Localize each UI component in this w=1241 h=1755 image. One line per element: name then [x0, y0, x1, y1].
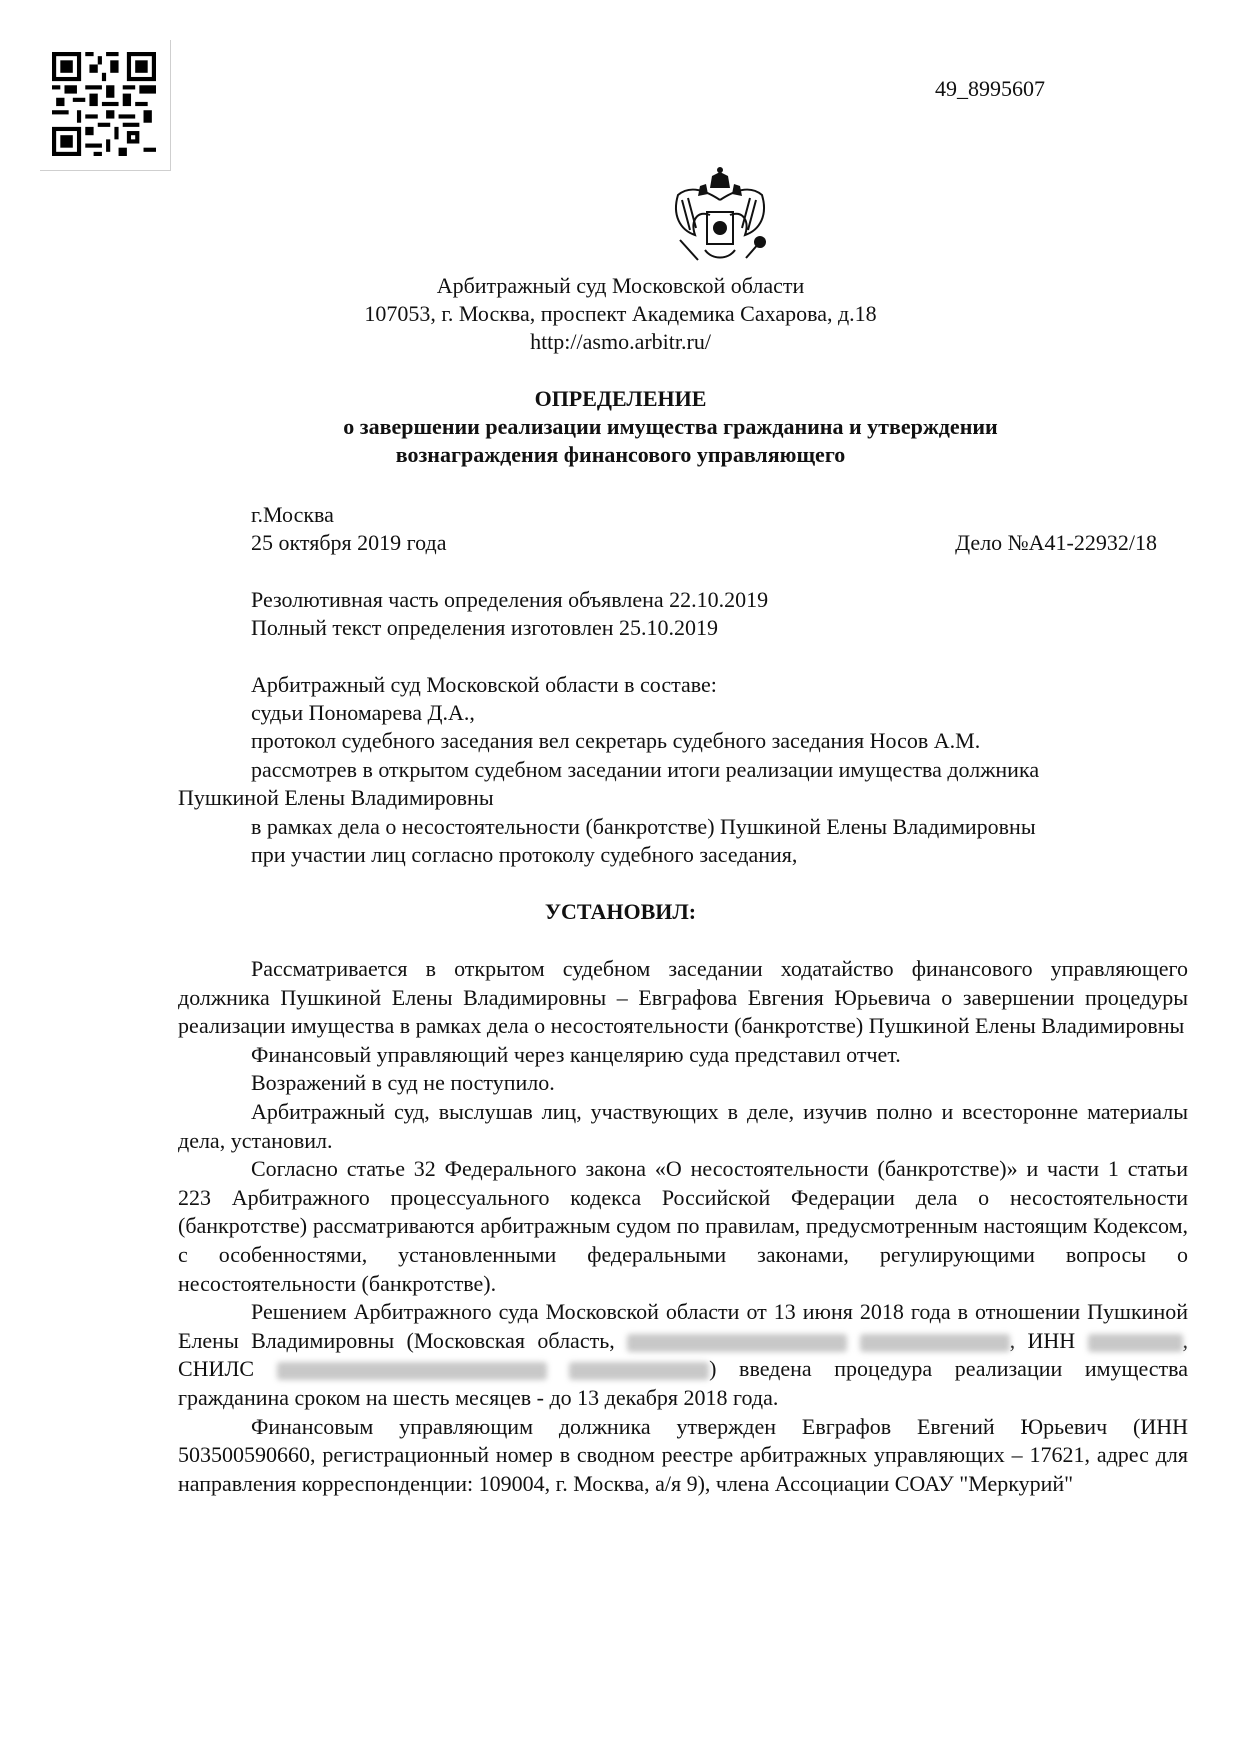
city: г.Москва — [251, 501, 334, 529]
resolution-announced: Резолютивная часть определения объявлена… — [251, 586, 768, 614]
russian-coat-of-arms-icon — [660, 160, 780, 275]
inn-label: , ИНН — [1010, 1328, 1076, 1353]
considering-line: рассмотрев в открытом судебном заседании… — [251, 756, 1039, 784]
redacted-address — [627, 1334, 847, 1352]
secretary-line: протокол судебного заседания вел секрета… — [251, 727, 980, 755]
court-name: Арбитражный суд Московской области — [0, 272, 1241, 300]
established-heading: УСТАНОВИЛ: — [0, 898, 1241, 926]
court-address: 107053, г. Москва, проспект Академика Са… — [0, 300, 1241, 328]
document-id: 49_8995607 — [935, 76, 1045, 102]
court-website: http://asmo.arbitr.ru/ — [0, 328, 1241, 356]
qr-code — [40, 40, 171, 171]
debtor-name-line: Пушкиной Елены Владимировны — [178, 784, 494, 812]
judge-line: судьи Пономарева Д.А., — [251, 699, 475, 727]
redacted-inn — [1088, 1334, 1183, 1352]
document-title: ОПРЕДЕЛЕНИЕ — [0, 385, 1241, 413]
composition-line: Арбитражный суд Московской области в сос… — [251, 671, 717, 699]
body-paragraph: Решением Арбитражного суда Московской об… — [178, 1298, 1188, 1412]
body-paragraph: Финансовым управляющим должника утвержде… — [178, 1413, 1188, 1499]
body-paragraph: Возражений в суд не поступило. — [178, 1069, 1188, 1098]
court-header: Арбитражный суд Московской области 10705… — [0, 272, 1241, 356]
body-paragraph: Согласно статье 32 Федерального закона «… — [178, 1155, 1188, 1298]
body-text: Рассматривается в открытом судебном засе… — [178, 955, 1188, 1498]
full-text-made: Полный текст определения изготовлен 25.1… — [251, 614, 718, 642]
qr-code-icon — [52, 52, 156, 156]
redacted-birth — [569, 1362, 709, 1380]
body-paragraph: Финансовый управляющий через канцелярию … — [178, 1041, 1188, 1070]
body-paragraph: Арбитражный суд, выслушав лиц, участвующ… — [178, 1098, 1188, 1155]
document-subtitle-line2: вознаграждения финансового управляющего — [0, 441, 1241, 469]
case-number: Дело №А41-22932/18 — [955, 529, 1157, 557]
redacted-address — [860, 1334, 1010, 1352]
participants-line: при участии лиц согласно протоколу судеб… — [251, 841, 797, 869]
document-subtitle-line1: о завершении реализации имущества гражда… — [50, 413, 1241, 441]
redacted-snils — [277, 1362, 547, 1380]
body-paragraph: Рассматривается в открытом судебном засе… — [178, 955, 1188, 1041]
case-context-line: в рамках дела о несостоятельности (банкр… — [251, 813, 1036, 841]
document-date: 25 октября 2019 года — [251, 529, 446, 557]
